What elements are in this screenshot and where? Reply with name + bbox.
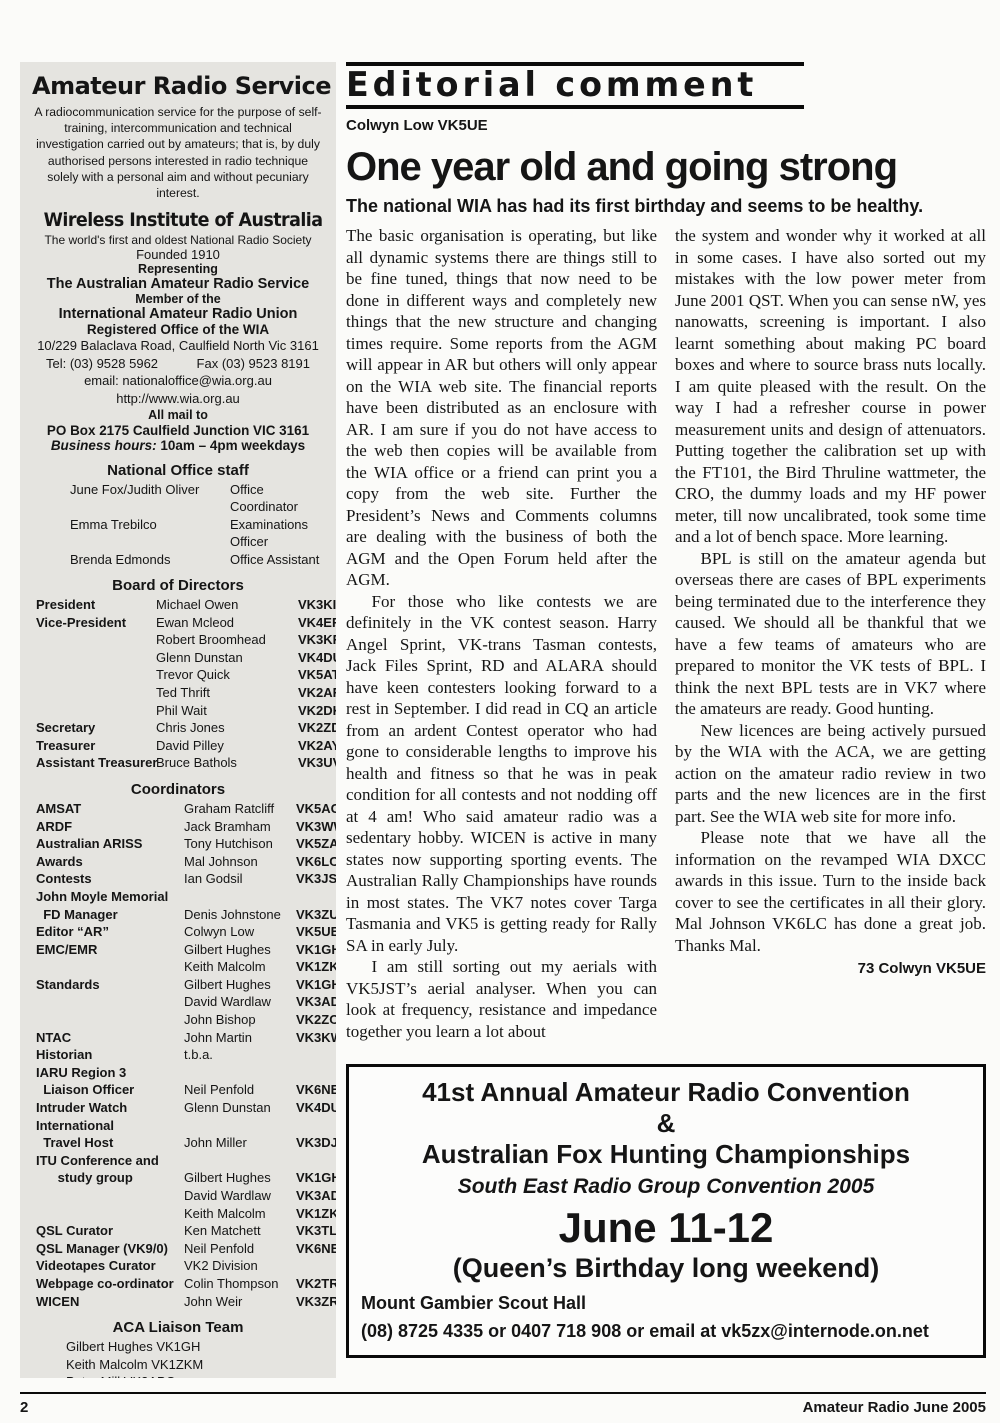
coordinator-role: Liaison Officer xyxy=(36,1081,184,1099)
coordinator-callsign: VK4DU xyxy=(296,1099,336,1117)
coordinator-row: Editor “AR” Colwyn Low VK5UE xyxy=(32,923,324,941)
office-address: 10/229 Balaclava Road, Caulfield North V… xyxy=(32,337,324,355)
wia-subtitle: The world's first and oldest National Ra… xyxy=(32,233,324,247)
coordinator-callsign: VK3DJM xyxy=(296,1134,336,1152)
coordinator-role: FD Manager xyxy=(36,906,184,924)
coordinator-callsign: VK5AGR xyxy=(296,800,336,818)
board-name: Glenn Dunstan xyxy=(156,649,298,667)
coordinator-row: QSL Curator Ken Matchett VK3TL xyxy=(32,1222,324,1240)
article-body: The basic organisation is operating, but… xyxy=(346,225,986,1042)
coordinator-role: Videotapes Curator xyxy=(36,1257,184,1275)
body-paragraph: New licences are being actively pursued … xyxy=(675,720,986,828)
coordinator-row: AMSAT Graham Ratcliff VK5AGR xyxy=(32,800,324,818)
page-number: 2 xyxy=(20,1399,28,1416)
member-label: Member of the xyxy=(32,292,324,306)
coordinators-list: AMSAT Graham Ratcliff VK5AGR ARDF Jack B… xyxy=(32,800,324,1310)
staff-name: June Fox/Judith Oliver xyxy=(70,481,230,516)
board-list: President Michael Owen VK3KI Vice-Presid… xyxy=(32,596,324,772)
board-callsign: VK2DKN xyxy=(298,702,336,720)
coordinator-name: t.b.a. xyxy=(184,1046,296,1064)
coordinator-role: International xyxy=(36,1117,184,1135)
coordinator-name: Keith Malcolm xyxy=(184,1205,296,1223)
convention-ampersand: & xyxy=(361,1108,971,1139)
coordinator-row: IARU Region 3 xyxy=(32,1064,324,1082)
coordinator-name: David Wardlaw xyxy=(184,1187,296,1205)
board-row: President Michael Owen VK3KI xyxy=(32,596,324,614)
section-title: Editorial comment xyxy=(346,66,973,105)
coordinator-callsign: VK1GH xyxy=(296,1169,336,1187)
coordinator-name: Denis Johnstone xyxy=(184,906,296,924)
coordinator-row: David Wardlaw VK3ADW xyxy=(32,993,324,1011)
coordinator-name: Neil Penfold xyxy=(184,1240,296,1258)
coordinator-row: Australian ARISS Tony Hutchison VK5ZAI xyxy=(32,835,324,853)
service-description: A radiocommunication service for the pur… xyxy=(32,104,324,201)
board-row: Assistant Treasurer Bruce Bathols VK3UV xyxy=(32,754,324,772)
coordinator-role: study group xyxy=(36,1169,184,1187)
board-callsign: VK3UV xyxy=(298,754,336,772)
coordinator-row: Keith Malcolm VK1ZKM xyxy=(32,1205,324,1223)
coordinator-role: Standards xyxy=(36,976,184,994)
sidebar-title: Amateur Radio Service xyxy=(32,72,324,100)
byline: Colwyn Low VK5UE xyxy=(346,117,986,134)
coordinator-role: Awards xyxy=(36,853,184,871)
coordinator-role: WICEN xyxy=(36,1293,184,1311)
coordinator-role: John Moyle Memorial xyxy=(36,888,184,906)
convention-venue: Mount Gambier Scout Hall xyxy=(361,1291,971,1315)
coordinators-heading: Coordinators xyxy=(32,781,324,798)
board-row: Robert Broomhead VK3KRB xyxy=(32,631,324,649)
coordinator-role: IARU Region 3 xyxy=(36,1064,184,1082)
coordinator-row: John Bishop VK2ZOI xyxy=(32,1011,324,1029)
board-role: Vice-President xyxy=(36,614,156,632)
staff-row: Brenda Edmonds Office Assistant xyxy=(32,551,324,569)
coordinator-name xyxy=(184,888,296,906)
coordinator-callsign: VK3ADW xyxy=(296,993,336,1011)
board-row: Ted Thrift VK2ARA xyxy=(32,684,324,702)
board-role xyxy=(36,649,156,667)
coordinator-callsign: VK6NE xyxy=(296,1240,336,1258)
long-weekend-note: (Queen’s Birthday long weekend) xyxy=(361,1252,971,1285)
office-staff-heading: National Office staff xyxy=(32,462,324,479)
coordinator-callsign: VK3WWW xyxy=(296,818,336,836)
coordinator-callsign: VK3ZUX xyxy=(296,906,336,924)
board-name: Michael Owen xyxy=(156,596,298,614)
coordinator-row: Intruder Watch Glenn Dunstan VK4DU xyxy=(32,1099,324,1117)
coordinator-role xyxy=(36,993,184,1011)
body-column-right: the system and wonder why it worked at a… xyxy=(675,225,986,1042)
body-paragraph: Please note that we have all the informa… xyxy=(675,827,986,956)
coordinator-row: ITU Conference and xyxy=(32,1152,324,1170)
coordinator-callsign: VK5UE xyxy=(296,923,336,941)
board-name: David Pilley xyxy=(156,737,298,755)
mail-address: PO Box 2175 Caulfield Junction VIC 3161 xyxy=(38,422,318,438)
body-paragraph: For those who like contests we are defin… xyxy=(346,591,657,957)
coordinator-row: WICEN John Weir VK3ZRV xyxy=(32,1293,324,1311)
coordinator-row: Videotapes Curator VK2 Division xyxy=(32,1257,324,1275)
founded-line: Founded 1910 xyxy=(32,247,324,262)
convention-date: June 11-12 xyxy=(361,1204,971,1252)
coordinator-row: Historian t.b.a. xyxy=(32,1046,324,1064)
registered-office-heading: Registered Office of the WIA xyxy=(32,322,324,337)
coordinator-name: Colin Thompson xyxy=(184,1275,296,1293)
serg-subtitle: South East Radio Group Convention 2005 xyxy=(361,1174,971,1200)
representing-label: Representing xyxy=(32,262,324,276)
coordinator-name: Gilbert Hughes xyxy=(184,941,296,959)
coordinator-callsign xyxy=(296,1117,324,1135)
board-callsign: VK3KRB xyxy=(298,631,336,649)
coordinator-callsign: VK1GH xyxy=(296,941,336,959)
board-row: Vice-President Ewan Mcleod VK4ERM xyxy=(32,614,324,632)
editorial-column: Editorial comment Colwyn Low VK5UE One y… xyxy=(346,62,986,1378)
board-name: Ted Thrift xyxy=(156,684,298,702)
coordinator-row: John Moyle Memorial xyxy=(32,888,324,906)
board-row: Treasurer David Pilley VK2AYD xyxy=(32,737,324,755)
coordinator-row: Liaison Officer Neil Penfold VK6NE xyxy=(32,1081,324,1099)
board-role xyxy=(36,631,156,649)
coordinator-name xyxy=(184,1152,296,1170)
staff-row: June Fox/Judith Oliver Office Coordinato… xyxy=(32,481,324,516)
board-callsign: VK2ARA xyxy=(298,684,336,702)
coordinator-name: Neil Penfold xyxy=(184,1081,296,1099)
body-paragraph: the system and wonder why it worked at a… xyxy=(675,225,986,548)
coordinator-callsign: VK6NE xyxy=(296,1081,336,1099)
coordinator-callsign: VK2TRC xyxy=(296,1275,336,1293)
coordinator-name: Tony Hutchison xyxy=(184,835,296,853)
staff-name: Brenda Edmonds xyxy=(70,551,230,569)
convention-contact: (08) 8725 4335 or 0407 718 908 or email … xyxy=(361,1319,971,1343)
coordinator-role: QSL Manager (VK9/0) xyxy=(36,1240,184,1258)
board-name: Trevor Quick xyxy=(156,666,298,684)
coordinator-name: Jack Bramham xyxy=(184,818,296,836)
mail-label: All mail to xyxy=(32,408,324,422)
coordinator-row: ARDF Jack Bramham VK3WWW xyxy=(32,818,324,836)
coordinator-row: David Wardlaw VK3ADW xyxy=(32,1187,324,1205)
staff-name: Emma Trebilco xyxy=(70,516,230,551)
coordinator-name: Glenn Dunstan xyxy=(184,1099,296,1117)
board-callsign: VK5ATQ xyxy=(298,666,336,684)
board-role xyxy=(36,684,156,702)
body-paragraph: The basic organisation is operating, but… xyxy=(346,225,657,591)
board-role xyxy=(36,666,156,684)
journal-title: Amateur Radio June 2005 xyxy=(803,1399,986,1416)
coordinator-row: Webpage co-ordinator Colin Thompson VK2T… xyxy=(32,1275,324,1293)
board-row: Trevor Quick VK5ATQ xyxy=(32,666,324,684)
body-paragraph: I am still sorting out my aerials with V… xyxy=(346,956,657,1042)
staff-row: Emma Trebilco Examinations Officer xyxy=(32,516,324,551)
coordinator-name: John Martin xyxy=(184,1029,296,1047)
coordinator-role: AMSAT xyxy=(36,800,184,818)
board-name: Chris Jones xyxy=(156,719,298,737)
aca-member: Gilbert Hughes VK1GH xyxy=(32,1338,324,1356)
coordinator-row: NTAC John Martin VK3KWA xyxy=(32,1029,324,1047)
board-role: Treasurer xyxy=(36,737,156,755)
business-hours: Business hours: 10am – 4pm weekdays xyxy=(32,438,324,453)
coordinator-row: International xyxy=(32,1117,324,1135)
convention-ad-box: 41st Annual Amateur Radio Convention & A… xyxy=(346,1064,986,1358)
coordinator-callsign: VK1ZKM xyxy=(296,958,336,976)
coordinator-callsign: VK1GH xyxy=(296,976,336,994)
board-heading: Board of Directors xyxy=(32,577,324,594)
coordinator-row: Standards Gilbert Hughes VK1GH xyxy=(32,976,324,994)
board-row: Secretary Chris Jones VK2ZDD xyxy=(32,719,324,737)
coordinator-role: Australian ARISS xyxy=(36,835,184,853)
convention-title: 41st Annual Amateur Radio Convention xyxy=(361,1077,971,1108)
board-role: President xyxy=(36,596,156,614)
coordinator-role xyxy=(36,1187,184,1205)
body-column-left: The basic organisation is operating, but… xyxy=(346,225,657,1042)
coordinator-role: Travel Host xyxy=(36,1134,184,1152)
board-row: Glenn Dunstan VK4DU xyxy=(32,649,324,667)
coordinator-row: study group Gilbert Hughes VK1GH xyxy=(32,1169,324,1187)
aca-member: Peter Mill VK3APO xyxy=(32,1373,324,1378)
office-email: email: nationaloffice@wia.org.au xyxy=(32,372,324,390)
coordinator-row: Travel Host John Miller VK3DJM xyxy=(32,1134,324,1152)
staff-role: Office Assistant xyxy=(230,551,324,569)
coordinator-name xyxy=(184,1117,296,1135)
tel-number: Tel: (03) 9528 5962 xyxy=(46,355,158,373)
coordinator-callsign xyxy=(296,1152,324,1170)
coordinator-callsign xyxy=(296,1046,324,1064)
board-role: Secretary xyxy=(36,719,156,737)
board-name: Phil Wait xyxy=(156,702,298,720)
coordinator-callsign: VK5ZAI xyxy=(296,835,336,853)
wia-heading: Wireless Institute of Australia xyxy=(44,209,313,231)
board-name: Robert Broomhead xyxy=(156,631,298,649)
coordinator-name: Gilbert Hughes xyxy=(184,976,296,994)
coordinator-callsign: VK3JS xyxy=(296,870,336,888)
coordinator-name: Graham Ratcliff xyxy=(184,800,296,818)
coordinator-name: John Miller xyxy=(184,1134,296,1152)
coordinator-role: Webpage co-ordinator xyxy=(36,1275,184,1293)
coordinator-callsign: VK1ZKM xyxy=(296,1205,336,1223)
board-name: Ewan Mcleod xyxy=(156,614,298,632)
coordinator-role: Historian xyxy=(36,1046,184,1064)
board-role: Assistant Treasurer xyxy=(36,754,156,772)
coordinator-row: QSL Manager (VK9/0) Neil Penfold VK6NE xyxy=(32,1240,324,1258)
coordinator-name: Mal Johnson xyxy=(184,853,296,871)
coordinator-role xyxy=(36,1011,184,1029)
coordinator-callsign: VK3KWA xyxy=(296,1029,336,1047)
board-callsign: VK2AYD xyxy=(298,737,336,755)
coordinator-role: ARDF xyxy=(36,818,184,836)
aca-list: Gilbert Hughes VK1GH Keith Malcolm VK1ZK… xyxy=(32,1338,324,1378)
coordinator-callsign: VK3TL xyxy=(296,1222,336,1240)
coordinator-callsign: VK3ADW xyxy=(296,1187,336,1205)
body-paragraph: BPL is still on the amateur agenda but o… xyxy=(675,548,986,720)
coordinator-role xyxy=(36,1205,184,1223)
coordinator-name: John Bishop xyxy=(184,1011,296,1029)
coordinator-role: Editor “AR” xyxy=(36,923,184,941)
coordinator-row: Contests Ian Godsil VK3JS xyxy=(32,870,324,888)
coordinator-name: David Wardlaw xyxy=(184,993,296,1011)
board-row: Phil Wait VK2DKN xyxy=(32,702,324,720)
coordinator-name: Ian Godsil xyxy=(184,870,296,888)
coordinator-role: EMC/EMR xyxy=(36,941,184,959)
staff-role: Examinations Officer xyxy=(230,516,324,551)
office-staff-list: June Fox/Judith Oliver Office Coordinato… xyxy=(32,481,324,569)
page-footer: 2 Amateur Radio June 2005 xyxy=(0,1392,1000,1416)
coordinator-name: Gilbert Hughes xyxy=(184,1169,296,1187)
coordinator-name: John Weir xyxy=(184,1293,296,1311)
board-callsign: VK4ERM xyxy=(298,614,336,632)
coordinator-callsign: VK6LC xyxy=(296,853,336,871)
tel-fax-row: Tel: (03) 9528 5962 Fax (03) 9523 8191 xyxy=(32,355,324,373)
coordinator-callsign xyxy=(296,1064,324,1082)
aca-heading: ACA Liaison Team xyxy=(32,1319,324,1336)
coordinator-role xyxy=(36,958,184,976)
coordinator-name: VK2 Division xyxy=(184,1257,296,1275)
office-website: http://www.wia.org.au xyxy=(32,390,324,408)
standfirst: The national WIA has had its first birth… xyxy=(346,196,986,217)
article-headline: One year old and going strong xyxy=(346,144,986,190)
fox-hunting-title: Australian Fox Hunting Championships xyxy=(361,1139,971,1170)
board-callsign: VK4DU xyxy=(298,649,336,667)
board-name: Bruce Bathols xyxy=(156,754,298,772)
coordinator-name xyxy=(184,1064,296,1082)
coordinator-callsign: VK3ZRV xyxy=(296,1293,336,1311)
wia-info-panel: Amateur Radio Service A radiocommunicati… xyxy=(20,62,336,1378)
coordinator-name: Colwyn Low xyxy=(184,923,296,941)
coordinator-row: FD Manager Denis Johnstone VK3ZUX xyxy=(32,906,324,924)
coordinator-role: QSL Curator xyxy=(36,1222,184,1240)
coordinator-callsign: VK2ZOI xyxy=(296,1011,336,1029)
board-callsign: VK2ZDD xyxy=(298,719,336,737)
coordinator-role: Contests xyxy=(36,870,184,888)
coordinator-row: Keith Malcolm VK1ZKM xyxy=(32,958,324,976)
coordinator-role: Intruder Watch xyxy=(36,1099,184,1117)
aca-member: Keith Malcolm VK1ZKM xyxy=(32,1356,324,1374)
coordinator-row: Awards Mal Johnson VK6LC xyxy=(32,853,324,871)
coordinator-name: Ken Matchett xyxy=(184,1222,296,1240)
coordinator-role: NTAC xyxy=(36,1029,184,1047)
magazine-page: Amateur Radio Service A radiocommunicati… xyxy=(0,0,1000,1378)
coordinator-row: EMC/EMR Gilbert Hughes VK1GH xyxy=(32,941,324,959)
coordinator-role: ITU Conference and xyxy=(36,1152,184,1170)
board-callsign: VK3KI xyxy=(298,596,336,614)
coordinator-callsign xyxy=(296,888,324,906)
board-role xyxy=(36,702,156,720)
staff-role: Office Coordinator xyxy=(230,481,324,516)
article-signoff: 73 Colwyn VK5UE xyxy=(675,958,986,980)
representing-value: The Australian Amateur Radio Service xyxy=(32,276,324,292)
heading-rule-bottom xyxy=(346,105,804,109)
member-value: International Amateur Radio Union xyxy=(32,306,324,322)
coordinator-name: Keith Malcolm xyxy=(184,958,296,976)
fax-number: Fax (03) 9523 8191 xyxy=(197,355,310,373)
coordinator-callsign xyxy=(296,1257,324,1275)
